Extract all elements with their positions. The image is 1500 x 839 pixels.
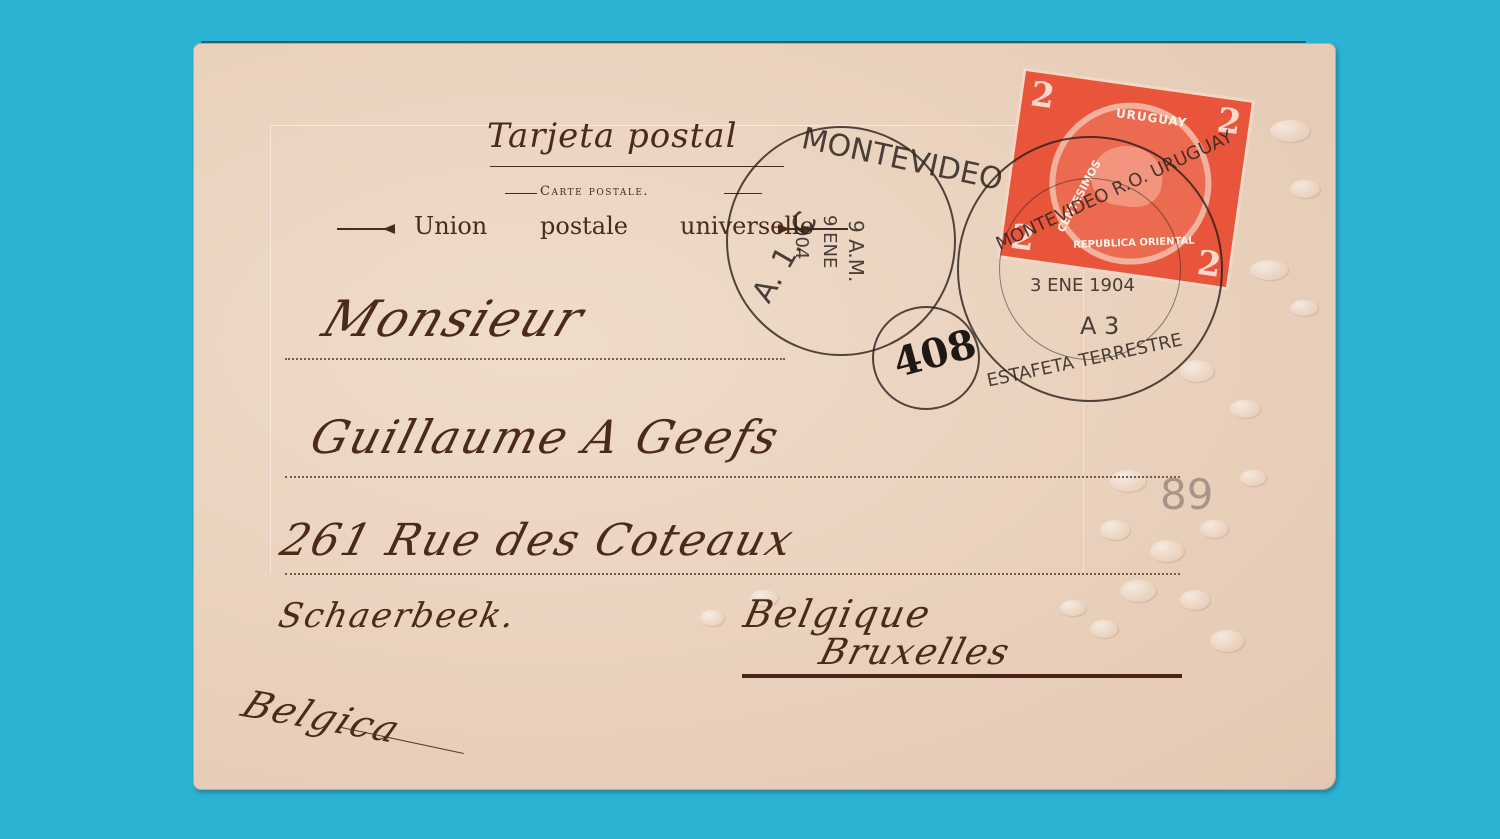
stamp-denomination: 2 bbox=[1028, 74, 1057, 117]
handwriting-country-fr: Belgique bbox=[740, 592, 936, 636]
city-underline bbox=[742, 674, 1182, 678]
upu-word: Union bbox=[414, 212, 487, 240]
upu-word: postale bbox=[540, 212, 628, 240]
handwriting-name: Guillaume A Geefs bbox=[305, 410, 786, 464]
postmark-time: 9 A.M. bbox=[844, 220, 868, 282]
address-line bbox=[285, 573, 1180, 575]
address-line bbox=[285, 358, 785, 360]
ornament-left bbox=[337, 228, 395, 230]
handwriting-salutation: Monsieur bbox=[315, 290, 593, 348]
handwriting-city: Bruxelles bbox=[815, 632, 1015, 673]
card-subtitle: Carte postale. bbox=[540, 184, 649, 199]
postmark-date: 3 ENE 1904 bbox=[1030, 275, 1135, 296]
handwriting-street: 261 Rue des Coteaux bbox=[275, 515, 800, 566]
pencil-mark: 89 bbox=[1160, 470, 1213, 519]
postmark-code: A 3 bbox=[1080, 312, 1119, 340]
handwriting-district: Schaerbeek. bbox=[275, 596, 520, 636]
card-title: Tarjeta postal bbox=[487, 116, 737, 156]
title-rule bbox=[490, 166, 784, 167]
address-line bbox=[285, 476, 1180, 478]
subtitle-dash bbox=[505, 193, 537, 194]
